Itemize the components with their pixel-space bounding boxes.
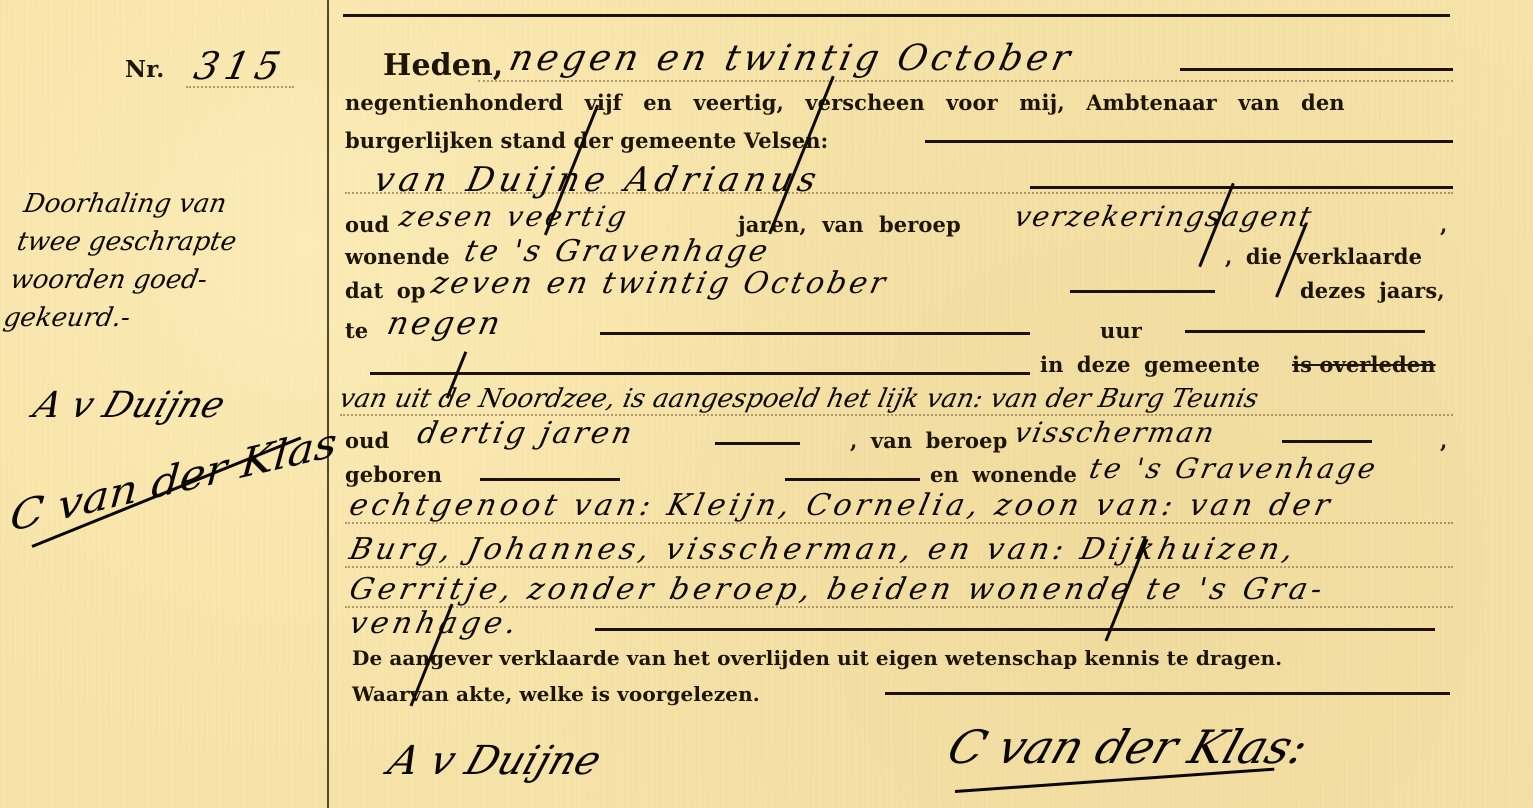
date-of-death: zeven en twintig October	[428, 266, 891, 301]
declarant-age: zesen veertig	[396, 200, 632, 233]
residence-continuation: venhage.	[346, 606, 523, 641]
fill-line	[480, 478, 620, 481]
fill-line	[785, 478, 920, 481]
record-number-value: 315	[190, 44, 290, 88]
margin-note-line: Doorhaling van	[21, 185, 328, 223]
fill-line	[600, 332, 1030, 335]
fill-line	[885, 692, 1450, 695]
dotted-line	[478, 80, 1453, 82]
hour-label: uur	[1100, 318, 1142, 343]
dotted-line	[345, 566, 1453, 568]
number-dotted-line	[186, 86, 294, 88]
fill-line	[1030, 186, 1453, 189]
record-number-label: Nr.	[125, 56, 164, 83]
declarant-name: van Duijne Adrianus	[371, 160, 825, 200]
fill-line	[370, 372, 1030, 375]
date-of-death-label: dat op	[345, 278, 426, 303]
margin-divider	[327, 0, 329, 808]
profession-label: , van beroep	[850, 428, 1007, 453]
date-handwritten: negen en twintig October	[506, 38, 1078, 79]
margin-note-line: gekeurd.-	[1, 299, 308, 337]
found-remark: van uit de Noordzee, is aangespoeld het …	[337, 384, 1261, 414]
official-signature: C van der Klas:	[941, 720, 1315, 774]
deceased-age: dertig jaren	[414, 416, 638, 451]
age-label: oud	[345, 212, 389, 237]
declarant-profession: verzekeringsagent	[1011, 200, 1316, 233]
year-appearance-text: negentienhonderd vijf en veertig, versch…	[345, 90, 1345, 115]
heden-label: Heden,	[383, 48, 503, 83]
margin-annotation: Doorhaling van twee geschrapte woorden g…	[1, 185, 328, 337]
fill-line	[1185, 330, 1425, 333]
declaration-text: De aangever verklaarde van het overlijde…	[352, 646, 1282, 670]
margin-note-line: woorden goed-	[7, 261, 314, 299]
dotted-line	[345, 522, 1453, 524]
municipality-label: in deze gemeente	[1040, 352, 1260, 377]
declarant-residence: te 's Gravenhage	[461, 234, 773, 269]
margin-note-line: twee geschrapte	[14, 223, 321, 261]
fill-line	[595, 628, 1435, 631]
dotted-line	[345, 192, 1453, 194]
born-label: geboren	[345, 462, 442, 487]
margin-signature-declarant: A v Duijne	[28, 385, 230, 426]
spouse-parents-line: echtgenoot van: Kleijn, Cornelia, zoon v…	[346, 488, 1336, 523]
age-label: oud	[345, 428, 389, 453]
fill-line	[1282, 440, 1372, 443]
top-rule	[343, 14, 1450, 17]
struck-text: is overleden	[1292, 352, 1436, 377]
fill-line	[925, 140, 1453, 143]
declarant-signature: A v Duijne	[383, 738, 607, 784]
mother-line: Gerritje, zonder beroep, beiden wonende …	[346, 572, 1329, 607]
this-year-label: dezes jaars,	[1300, 278, 1445, 303]
fill-line	[1070, 290, 1215, 293]
comma: ,	[1440, 428, 1447, 453]
father-line: Burg, Johannes, visscherman, en van: Dij…	[346, 532, 1300, 567]
comma: ,	[1440, 212, 1447, 237]
margin-signature-official: C van der Klas	[9, 418, 339, 541]
at-label: te	[345, 318, 368, 343]
fill-line	[1180, 68, 1453, 71]
deceased-residence: te 's Gravenhage	[1086, 452, 1381, 485]
death-certificate-page: Nr. 315 Doorhaling van twee geschrapte w…	[0, 0, 1533, 808]
deceased-profession: visscherman	[1011, 416, 1218, 449]
residing-label: en wonende	[930, 462, 1077, 487]
fill-line	[715, 442, 800, 445]
time-of-death: negen	[384, 304, 507, 342]
declared-label: , die verklaarde	[1225, 244, 1422, 269]
residence-label: wonende	[345, 244, 450, 269]
